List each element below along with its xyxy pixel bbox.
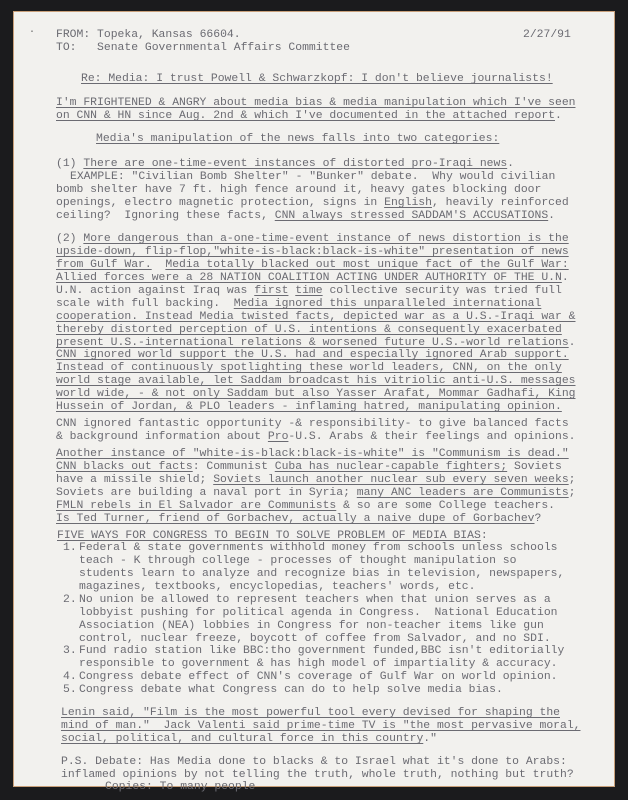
copies-line: Copies: To many people: [105, 781, 255, 795]
from-line: FROM: Topeka, Kansas 66604.: [56, 29, 241, 43]
communism-line-6: Is Ted Turner, friend of Gorbachev, actu…: [56, 513, 541, 527]
five-ways-item-5-line-1: Congress debate what Congress can do to …: [79, 684, 503, 698]
subject-line: Re: Media: I trust Powell & Schwarzkopf:…: [81, 73, 553, 87]
communism-line-5: FMLN rebels in El Salvador are Communist…: [56, 500, 555, 514]
world-support-line-5: Hussein of Jordan, & PLO leaders - infla…: [56, 401, 562, 415]
point1-line-4: openings, electro magnetic protection, s…: [56, 197, 569, 211]
lenin-line-3: social, political, and cultural force in…: [61, 733, 437, 747]
point2-line-6: scale with full backing. Media ignored t…: [56, 298, 541, 312]
ps-line-1: P.S. Debate: Has Media done to blacks & …: [61, 756, 567, 770]
five-ways-item-4-line-1: Congress debate effect of CNN's coverage…: [79, 671, 558, 685]
five-ways-item-2-line-1: No union be allowed to represent teacher…: [79, 594, 551, 608]
from-value: Topeka, Kansas 66604.: [97, 29, 241, 41]
five-ways-item-1-line-1: Federal & state governments withhold mon…: [79, 542, 558, 556]
letter-page: · FROM: Topeka, Kansas 66604. TO: Senate…: [13, 11, 615, 787]
five-ways-item-2-num: 2.: [63, 594, 77, 608]
point2-line-8: thereby distorted perception of U.S. int…: [56, 324, 562, 338]
lenin-line-2: mind of man." Jack Valenti said prime-ti…: [61, 720, 581, 734]
five-ways-item-1-line-2: teach - K through college - processes of…: [79, 555, 516, 569]
lenin-line-1: Lenin said, "Film is the most powerful t…: [61, 707, 560, 721]
communism-line-1: Another instance of "white-is-black:blac…: [56, 448, 569, 462]
point2-line-7: cooperation. Instead Media twisted facts…: [56, 311, 576, 325]
from-label: FROM:: [56, 29, 90, 41]
five-ways-item-2-line-3: Association (NEA) lobbies in Congress fo…: [79, 620, 544, 634]
world-support-line-1: CNN ignored world support the U.S. had a…: [56, 349, 569, 363]
five-ways-item-4-num: 4.: [63, 671, 77, 685]
five-ways-item-5-num: 5.: [63, 684, 77, 698]
categories-heading: Media's manipulation of the news falls i…: [96, 133, 499, 147]
world-support-line-3: world stage available, let Saddam broadc…: [56, 375, 576, 389]
point1-line-5: ceiling? Ignoring these facts, CNN alway…: [56, 210, 555, 224]
intro-line-2: on CNN & HN since Aug. 2nd & which I've …: [56, 110, 562, 124]
world-support-line-2: Instead of continuously spotlighting the…: [56, 362, 562, 376]
communism-line-3: have a missile shield; Soviets launch an…: [56, 474, 576, 488]
five-ways-item-3-line-2: responsible to government & has high mod…: [79, 658, 558, 672]
point1-line-2: EXAMPLE: "Civilian Bomb Shelter" - "Bunk…: [70, 171, 555, 185]
intro-line-1: I'm FRIGHTENED & ANGRY about media bias …: [56, 97, 576, 111]
to-value: Senate Governmental Affairs Committee: [97, 42, 350, 54]
communism-line-4: Soviets are building a naval port in Syr…: [56, 487, 576, 501]
to-line: TO: Senate Governmental Affairs Committe…: [56, 42, 350, 56]
five-ways-item-1-line-4: magazines, textbooks, encyclopedias, tea…: [79, 581, 475, 595]
letter-date: 2/27/91: [523, 29, 571, 43]
point2-line-3: from Gulf War. Media totally blacked out…: [56, 259, 569, 273]
balanced-line-1: CNN ignored fantastic opportunity -& res…: [56, 418, 569, 432]
communism-line-2: CNN blacks out facts: Communist Cuba has…: [56, 461, 562, 475]
five-ways-item-2-line-2: lobbyist pushing for political agenda in…: [79, 607, 558, 621]
point2-line-5: U.N. action against Iraq was first time …: [56, 285, 562, 299]
point2-line-1: (2) More dangerous than a-one-time-event…: [56, 233, 569, 247]
point1-line-1: (1) There are one-time-event instances o…: [56, 158, 514, 172]
point1-line-3: bomb shelter have 7 ft. high fence aroun…: [56, 184, 541, 198]
world-support-line-4: world wide, - & not only Saddam but also…: [56, 388, 576, 402]
point2-line-4: Allied forces were a 28 NATION COALITION…: [56, 272, 569, 286]
five-ways-item-3-num: 3.: [63, 645, 77, 659]
balanced-line-2: & background information about Pro-U.S. …: [56, 431, 576, 445]
point2-line-2: upside-down, flip-flop,"white-is-black:b…: [56, 246, 569, 260]
five-ways-item-1-line-3: students learn to analyze and recognize …: [79, 568, 564, 582]
five-ways-item-1-num: 1.: [63, 542, 77, 556]
to-label: TO:: [56, 42, 77, 54]
letter-body: FROM: Topeka, Kansas 66604. TO: Senate G…: [13, 11, 615, 787]
five-ways-item-3-line-1: Fund radio station like BBC:tho governme…: [79, 645, 564, 659]
